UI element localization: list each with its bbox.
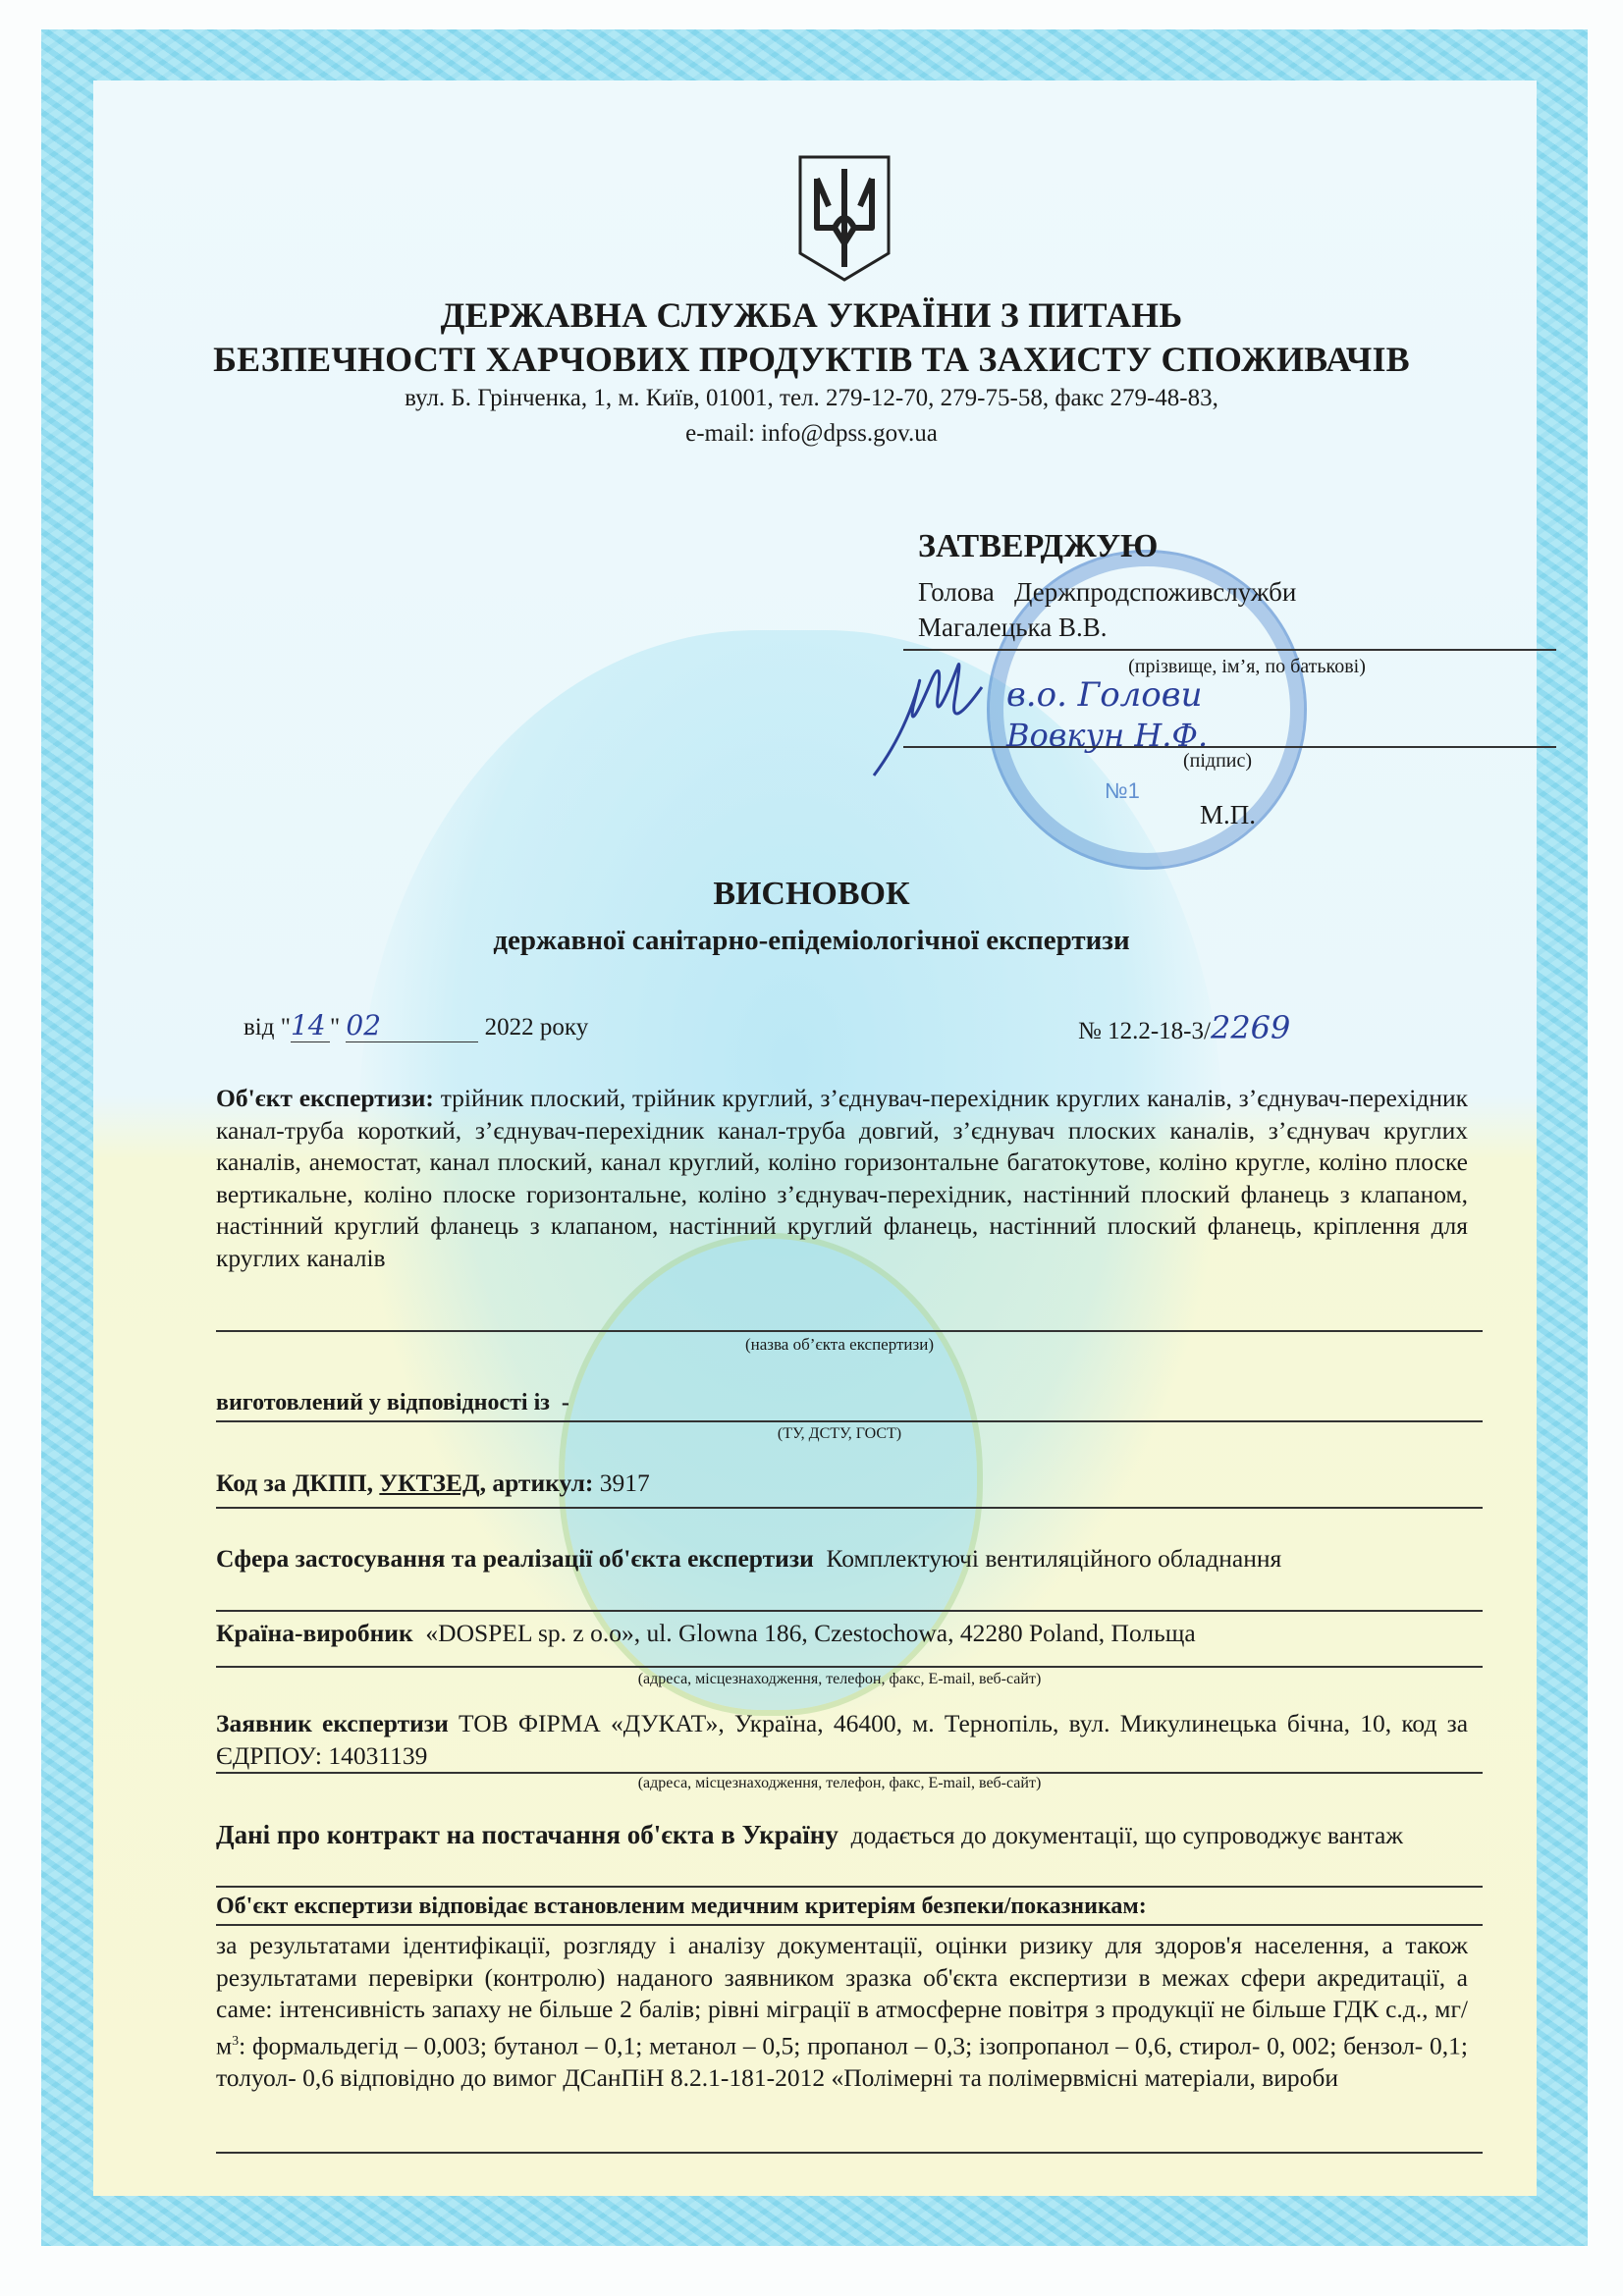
handwritten-acting-name: Вовкун Н.Ф. <box>1006 717 1208 754</box>
contract-field: Дані про контракт на постачання об'єкта … <box>216 1819 1468 1852</box>
object-caption: (назва об’єкта експертизи) <box>511 1335 1168 1355</box>
signature-icon <box>864 648 1011 790</box>
object-label: Об'єкт експертизи: <box>216 1084 434 1112</box>
org-name-line1: ДЕРЖАВНА СЛУЖБА УКРАЇНИ З ПИТАНЬ <box>0 294 1623 336</box>
date-year: 2022 року <box>485 1014 589 1041</box>
signature-line <box>903 746 1556 748</box>
manufactured-caption: (ТУ, ДСТУ, ГОСТ) <box>609 1425 1070 1443</box>
scope-value: Комплектуючі вентиляційного обладнання <box>827 1544 1282 1573</box>
criteria-heading: Об'єкт експертизи відповідає встановлени… <box>216 1891 1468 1923</box>
scope-label: Сфера застосування та реалізації об'єкта… <box>216 1544 814 1573</box>
criteria-line <box>216 2152 1483 2154</box>
date-line: від "14" 02 2022 року <box>243 1009 588 1042</box>
manufactured-value: - <box>562 1390 569 1415</box>
date-month: 02 <box>346 1009 478 1042</box>
date-day: 14 <box>291 1009 330 1042</box>
trident-coat-of-arms-icon <box>795 147 893 285</box>
position-head: Голова <box>918 577 995 607</box>
country-line <box>216 1666 1483 1668</box>
code-label-b: УКТЗЕД <box>379 1468 479 1497</box>
seal-label: М.П. <box>1200 800 1256 830</box>
date-prefix: від " <box>243 1014 291 1041</box>
scope-line <box>216 1610 1483 1612</box>
signature-caption: (підпис) <box>1159 750 1276 773</box>
code-label-a: Код за ДКПП, <box>216 1468 379 1497</box>
country-field: Країна-виробник «DOSPEL sp. z o.o», ul. … <box>216 1618 1468 1650</box>
date-quote: " <box>330 1014 340 1041</box>
number-prefix: № 12.2-18-3/ <box>1078 1018 1211 1044</box>
code-label-c: , артикул: <box>480 1468 594 1497</box>
code-line <box>216 1507 1483 1509</box>
position-agency: Держпродспоживслужби <box>1014 577 1296 607</box>
criteria-heading-line <box>216 1924 1483 1926</box>
applicant-caption: (адреса, місцезнаходження, телефон, факс… <box>461 1775 1217 1792</box>
code-value: 3917 <box>600 1468 650 1497</box>
criteria-text: за результатами ідентифікації, розгляду … <box>216 1930 1468 2094</box>
contract-line <box>216 1886 1483 1888</box>
approval-position: Голова Держпродспоживслужби <box>918 577 1296 608</box>
country-value: «DOSPEL sp. z o.o», ul. Glowna 186, Czes… <box>425 1619 1195 1647</box>
applicant-line <box>216 1772 1483 1774</box>
number-handwritten: 2269 <box>1211 1009 1290 1046</box>
applicant-label: Заявник експертизи <box>216 1709 449 1737</box>
applicant-field: Заявник експертизи ТОВ ФІРМА «ДУКАТ», Ук… <box>216 1708 1468 1772</box>
criteria-text-b: : формальдегід – 0,003; бутанол – 0,1; м… <box>216 2031 1468 2092</box>
manufactured-field: виготовлений у відповідності із - <box>216 1387 1468 1419</box>
stamp-number: №1 <box>1105 778 1140 804</box>
org-email: e-mail: info@dpss.gov.ua <box>0 420 1623 448</box>
contract-label: Дані про контракт на постачання об'єкта … <box>216 1820 839 1849</box>
org-address: вул. Б. Грінченка, 1, м. Київ, 01001, те… <box>0 385 1623 412</box>
handwritten-acting-title: в.о. Голови <box>1006 675 1202 715</box>
country-caption: (адреса, місцезнаходження, телефон, факс… <box>461 1671 1217 1688</box>
manufactured-line <box>216 1420 1483 1422</box>
country-label: Країна-виробник <box>216 1619 413 1647</box>
document-subtitle: державної санітарно-епідеміологічної екс… <box>0 925 1623 957</box>
approval-title: ЗАТВЕРДЖУЮ <box>918 528 1158 565</box>
code-field: Код за ДКПП, УКТЗЕД, артикул: 3917 <box>216 1468 1468 1500</box>
document-number: № 12.2-18-3/2269 <box>1078 1009 1290 1046</box>
approver-name: Магалецька В.В. <box>918 613 1107 643</box>
object-line <box>216 1330 1483 1332</box>
scope-field: Сфера застосування та реалізації об'єкта… <box>216 1543 1468 1575</box>
document-title: ВИСНОВОК <box>0 876 1623 913</box>
org-name-line2: БЕЗПЕЧНОСТІ ХАРЧОВИХ ПРОДУКТІВ ТА ЗАХИСТ… <box>0 339 1623 380</box>
contract-value: додається до документації, що супроводжу… <box>851 1821 1403 1849</box>
object-field: Об'єкт експертизи: трійник плоский, трій… <box>216 1083 1468 1274</box>
manufactured-label: виготовлений у відповідності із <box>216 1390 550 1415</box>
